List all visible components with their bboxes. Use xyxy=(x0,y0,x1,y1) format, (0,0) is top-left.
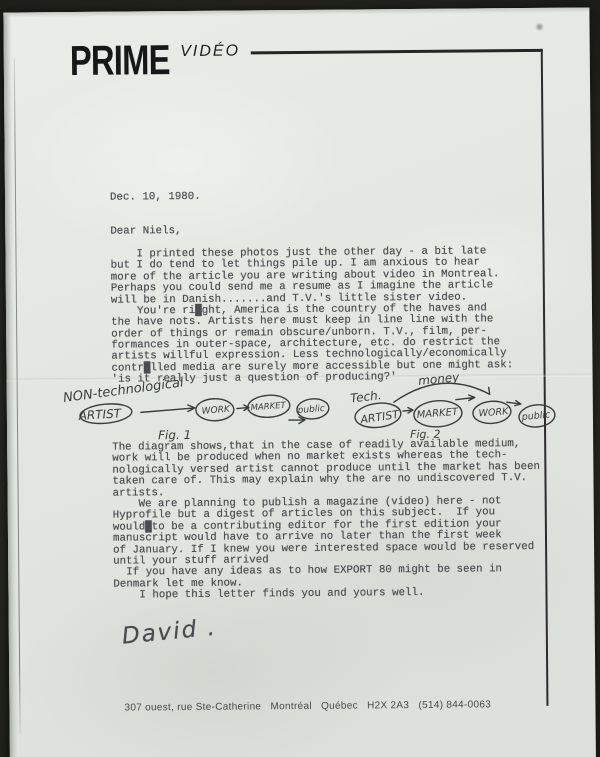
handwritten-signature: David . xyxy=(121,615,218,650)
fig2-arrow-artist-market xyxy=(403,408,413,414)
fig1-node-market: MARKET xyxy=(250,401,287,414)
fig1-node-work: WORK xyxy=(201,405,231,417)
fig2-node-work: WORK xyxy=(478,406,509,419)
footer-address: 307 ouest, rue Ste-Catherine Montréal Qu… xyxy=(124,699,491,713)
letter-body-lower: The diagram shows,that in the case of re… xyxy=(112,439,541,602)
brand-suffix: VIDÉO xyxy=(180,43,240,62)
fig1-arrow-artist-work xyxy=(141,405,195,412)
letterhead-left-rule xyxy=(14,58,21,734)
letter-line: I hope this letter finds you and yours w… xyxy=(113,587,541,602)
brand-wordmark: PRIME xyxy=(70,39,170,82)
fig1-annotation: NON-technological xyxy=(62,375,185,406)
fig1-node-public: public xyxy=(296,404,325,416)
fig2-node-public: public xyxy=(520,409,551,423)
fig2-node-market: MARKET xyxy=(416,407,459,421)
letterhead-top-rule xyxy=(251,49,543,54)
fig2-arrow-work-public xyxy=(507,401,521,406)
fig2-money-label: money xyxy=(418,370,461,388)
photo-backdrop: { "letterhead": { "brand": "PRIME", "bra… xyxy=(0,0,600,757)
letter-body-upper: Dec. 10, 1980.Dear Niels, I printed thes… xyxy=(110,189,513,386)
fig2-money-arc-arrow xyxy=(394,383,490,402)
ink-speck xyxy=(537,24,543,30)
fig1-arrow-market-public xyxy=(289,417,305,424)
fig1-arrow-work-market xyxy=(237,405,249,411)
fig2-arrow-market-work xyxy=(456,395,475,401)
letterhead: PRIME VIDÉO xyxy=(70,39,241,82)
fig2-node-artist: ARTIST xyxy=(359,408,402,427)
paper-top-edge xyxy=(3,7,589,17)
letter-page: PRIME VIDÉO Dec. 10, 1980.Dear Niels, I … xyxy=(3,7,596,757)
